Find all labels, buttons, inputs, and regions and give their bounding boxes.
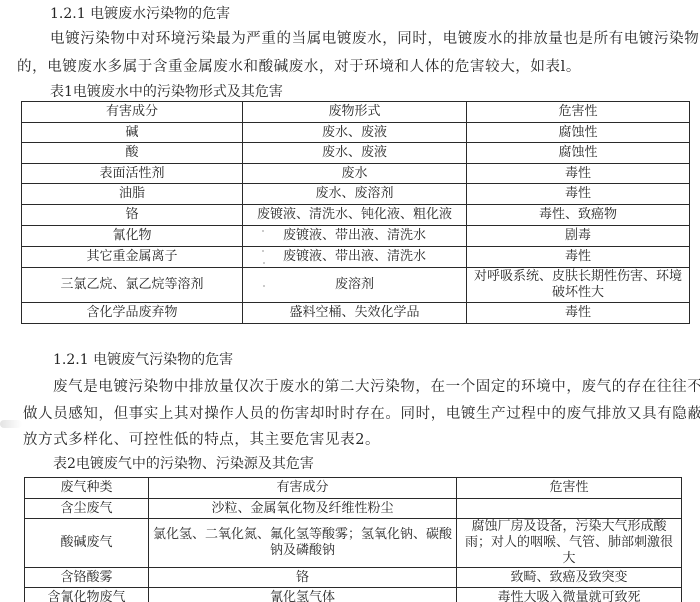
table-1-cell: 毒性 bbox=[467, 164, 690, 184]
table-1-cell: 毒性 bbox=[467, 184, 690, 205]
table-1: 有害成分 废物形式 危害性 碱 废水、废液 腐蚀性 酸 废水、废液 腐蚀性 表面… bbox=[21, 101, 690, 324]
table-2-cell: 致畸、致癌及致突变 bbox=[457, 568, 682, 588]
table-1-row: 氰化物 废镀液、带出液、清洗水 剧毒 bbox=[22, 226, 690, 247]
table-1-cell: 废水、废液 bbox=[243, 143, 467, 164]
table-1-cell: 剧毒 bbox=[467, 226, 690, 247]
table-2-row: 酸碱废气 氯化氢、二氧化氮、氟化氢等酸雾；氢氧化钠、碳酸钠及磷酸钠 腐蚀厂房及设… bbox=[25, 519, 682, 568]
table-1-cell: 腐蚀性 bbox=[467, 143, 690, 164]
table-1-cell: 废镀液、带出液、清洗水 bbox=[243, 247, 467, 268]
table-2-row: 含铬酸雾 铬 致畸、致癌及致突变 bbox=[25, 568, 682, 588]
table-1-cell: 毒性 bbox=[467, 247, 690, 268]
scan-artifact bbox=[262, 230, 264, 232]
table-1-cell: 对呼吸系统、皮肤长期性伤害、环境破坏性大 bbox=[467, 268, 690, 303]
scan-artifact bbox=[262, 250, 264, 252]
table-1-row: 油脂 废水、废溶剂 毒性 bbox=[22, 184, 690, 205]
section-1-heading: 1.2.1 电镀废水污染物的危害 bbox=[50, 3, 230, 23]
table-2-cell: 毒性大吸入微量就可致死 bbox=[457, 588, 682, 602]
section-2-heading: 1.2.1 电镀废气污染物的危害 bbox=[53, 349, 233, 369]
section-2-paragraph-line-2: 做人员感知，但事实上其对操作人员的伤害却时时存在。同时，电镀生产过程中的废气排放… bbox=[23, 402, 700, 423]
table-1-cell: 毒性、致癌物 bbox=[467, 205, 690, 226]
table-1-header-cell: 废物形式 bbox=[243, 102, 467, 123]
table-1-cell: 酸 bbox=[22, 143, 243, 164]
table-1-cell: 废镀液、带出液、清洗水 bbox=[243, 226, 467, 247]
table-1-cell: 腐蚀性 bbox=[467, 123, 690, 143]
table-1-cell: 碱 bbox=[22, 123, 243, 143]
table-1-row: 表面活性剂 废水 毒性 bbox=[22, 164, 690, 184]
table-1-header-cell: 有害成分 bbox=[22, 102, 243, 123]
table-2-cell: 含氰化物废气 bbox=[25, 588, 149, 602]
section-2-paragraph-line-3: 放方式多样化、可控性低的特点，其主要危害见表2。 bbox=[23, 428, 380, 449]
table-1-caption: 表1电镀废水中的污染物形式及其危害 bbox=[50, 81, 283, 101]
table-1-cell: 废镀液、清洗水、钝化液、粗化液 bbox=[243, 205, 467, 226]
table-2-row: 含氰化物废气 氰化氢气体 毒性大吸入微量就可致死 bbox=[25, 588, 682, 602]
table-1-cell: 油脂 bbox=[22, 184, 243, 205]
table-1-cell: 废水、废溶剂 bbox=[243, 184, 467, 205]
table-1-row: 碱 废水、废液 腐蚀性 bbox=[22, 123, 690, 143]
table-2: 废气种类 有害成分 危害性 含尘废气 沙粒、金属氧化物及纤维性粉尘 酸碱废气 氯… bbox=[24, 477, 682, 602]
section-1-paragraph-line-2: 的，电镀废水多属于含重金属废水和酸碱废水，对于环境和人体的危害较大，如表l。 bbox=[17, 55, 581, 76]
table-1-row: 铬 废镀液、清洗水、钝化液、粗化液 毒性、致癌物 bbox=[22, 205, 690, 226]
table-1-header-row: 有害成分 废物形式 危害性 bbox=[22, 102, 690, 123]
table-2-cell: 铬 bbox=[149, 568, 457, 588]
table-2-cell: 氰化氢气体 bbox=[149, 588, 457, 602]
table-1-row: 三氯乙烷、氯乙烷等溶剂 废溶剂 对呼吸系统、皮肤长期性伤害、环境破坏性大 bbox=[22, 268, 690, 303]
table-1-cell: 三氯乙烷、氯乙烷等溶剂 bbox=[22, 268, 243, 303]
section-2-paragraph-line-1: 废气是电镀污染物中排放量仅次于废水的第二大污染物，在一个固定的环境中，废气的存在… bbox=[53, 375, 700, 396]
table-1-cell: 铬 bbox=[22, 205, 243, 226]
table-2-header-cell: 有害成分 bbox=[149, 478, 457, 499]
scan-artifact bbox=[263, 285, 265, 287]
table-2-cell: 氯化氢、二氧化氮、氟化氢等酸雾；氢氧化钠、碳酸钠及磷酸钠 bbox=[149, 519, 457, 568]
table-1-row: 其它重金属离子 废镀液、带出液、清洗水 毒性 bbox=[22, 247, 690, 268]
scan-artifact bbox=[263, 262, 265, 264]
table-2-header-row: 废气种类 有害成分 危害性 bbox=[25, 478, 682, 499]
table-2-cell: 沙粒、金属氧化物及纤维性粉尘 bbox=[149, 499, 457, 519]
section-1-paragraph-line-1: 电镀污染物中对环境污染最为严重的当属电镀废水，同时，电镀废水的排放量也是所有电镀… bbox=[50, 27, 700, 48]
table-2-cell: 酸碱废气 bbox=[25, 519, 149, 568]
table-1-row: 酸 废水、废液 腐蚀性 bbox=[22, 143, 690, 164]
table-2-row: 含尘废气 沙粒、金属氧化物及纤维性粉尘 bbox=[25, 499, 682, 519]
table-1-cell: 废水、废液 bbox=[243, 123, 467, 143]
table-2-cell bbox=[457, 499, 682, 519]
table-2-header-cell: 废气种类 bbox=[25, 478, 149, 499]
table-1-row: 含化学品废弃物 盛料空桶、失效化学品 毒性 bbox=[22, 303, 690, 324]
table-1-cell: 废水 bbox=[243, 164, 467, 184]
table-2-header-cell: 危害性 bbox=[457, 478, 682, 499]
table-1-cell: 盛料空桶、失效化学品 bbox=[243, 303, 467, 324]
table-1-cell: 毒性 bbox=[467, 303, 690, 324]
table-2-caption: 表2电镀废气中的污染物、污染源及其危害 bbox=[53, 453, 314, 473]
table-2-cell: 含铬酸雾 bbox=[25, 568, 149, 588]
table-1-cell: 废溶剂 bbox=[243, 268, 467, 303]
table-1-cell: 表面活性剂 bbox=[22, 164, 243, 184]
table-1-cell: 其它重金属离子 bbox=[22, 247, 243, 268]
table-1-cell: 氰化物 bbox=[22, 226, 243, 247]
table-2-cell: 腐蚀厂房及设备，污染大气形成酸雨；对人的咽喉、气管、肺部刺激很大 bbox=[457, 519, 682, 568]
table-1-cell: 含化学品废弃物 bbox=[22, 303, 243, 324]
scan-artifact bbox=[0, 420, 22, 428]
table-1-header-cell: 危害性 bbox=[467, 102, 690, 123]
table-2-cell: 含尘废气 bbox=[25, 499, 149, 519]
